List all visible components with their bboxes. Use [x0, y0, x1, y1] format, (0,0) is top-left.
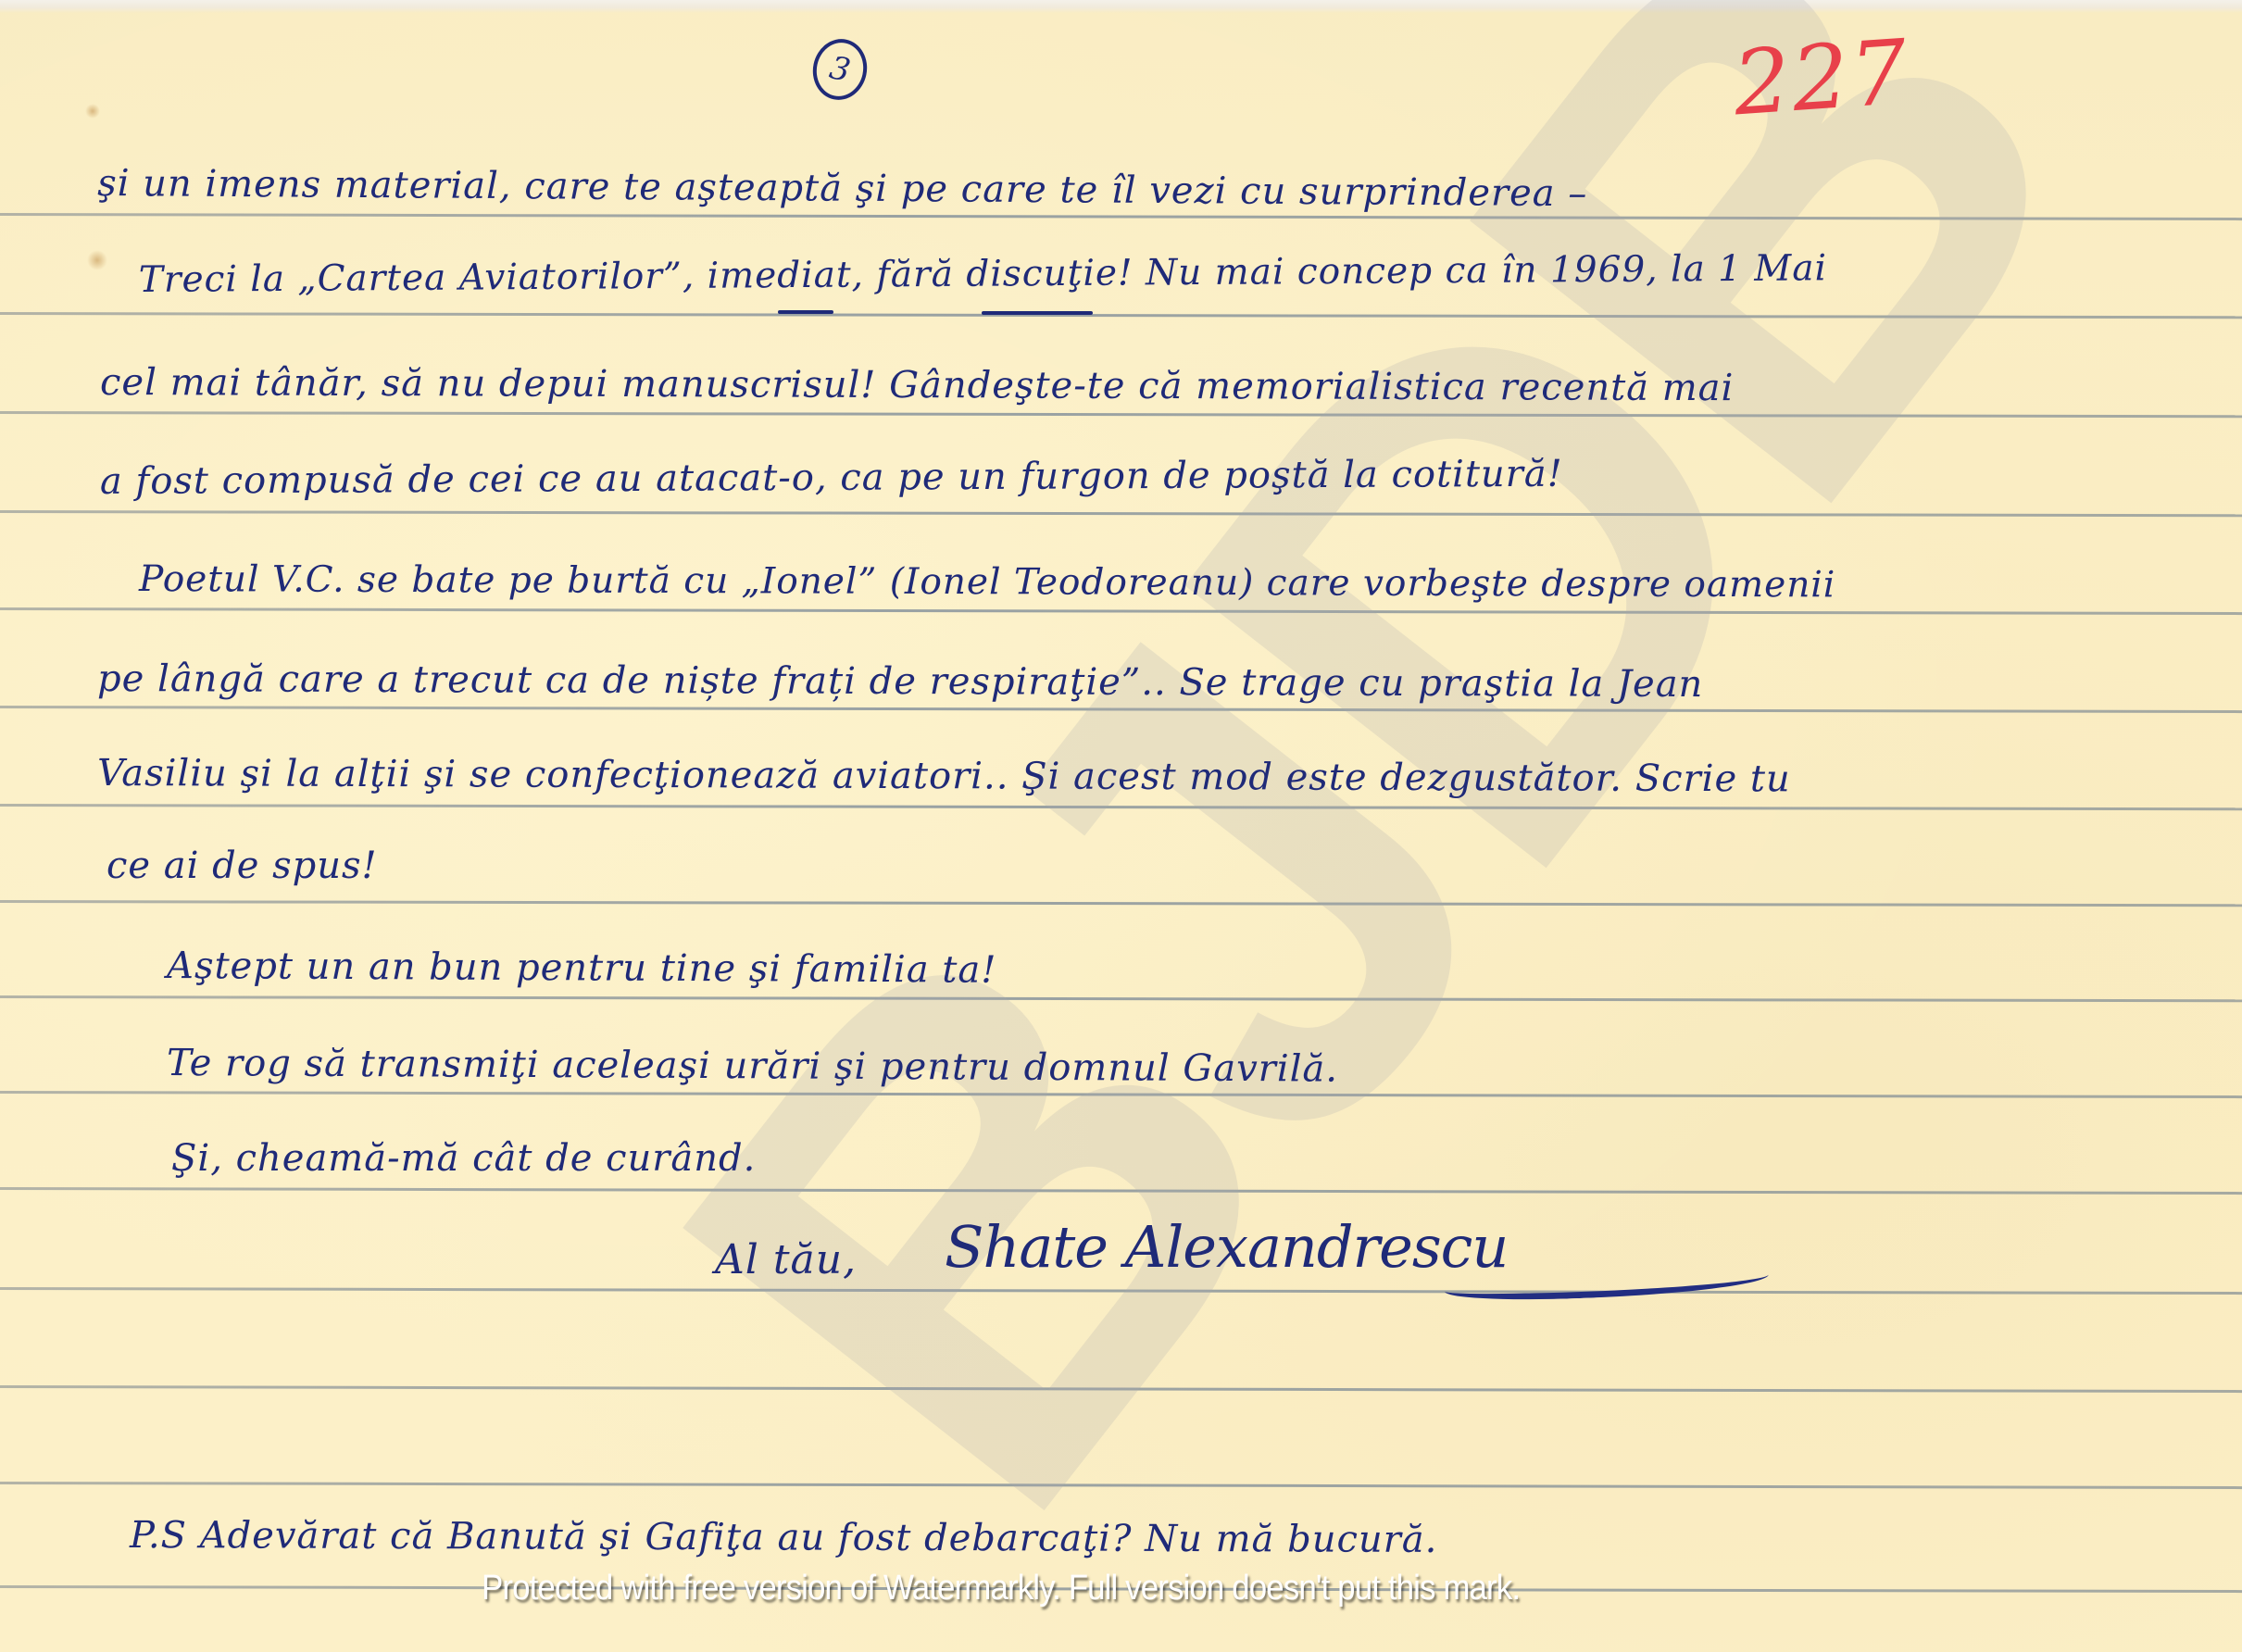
folio-number: 227	[1730, 20, 1912, 136]
underline-emphasis	[982, 311, 1093, 315]
ruled-line	[0, 213, 2242, 220]
ruled-line	[0, 1482, 2242, 1489]
ruled-line	[0, 706, 2242, 713]
ruled-line	[0, 312, 2242, 319]
ruled-line	[0, 1385, 2242, 1393]
paper-stain	[85, 104, 100, 119]
background-watermark: BJDB	[532, 0, 2210, 1640]
closing: Al tău,	[715, 1236, 857, 1283]
letter-line-4: a fost compusă de cei ce au atacat-o, ca…	[100, 453, 1563, 503]
letter-line-3: cel mai tânăr, să nu depui manuscrisul! …	[100, 361, 1734, 409]
letter-line-6: pe lângă care a trecut ca de niște frați…	[97, 657, 1703, 706]
paper-stain	[87, 250, 107, 270]
footer-watermark: Protected with free version of Watermark…	[482, 1569, 1674, 1608]
letter-line-11: Şi, cheamă-mă cât de curând.	[171, 1137, 756, 1180]
ruled-line	[0, 411, 2242, 418]
paper-top-edge	[0, 0, 2242, 13]
letter-line-9: Aştept un an bun pentru tine şi familia …	[167, 945, 996, 992]
signature: Shate Alexandrescu	[945, 1213, 1508, 1281]
ruled-line	[0, 804, 2242, 810]
letter-line-2: Treci la „Cartea Aviatorilor”, imediat, …	[139, 247, 1827, 301]
letter-line-1: şi un imens material, care te aşteaptă ş…	[97, 162, 1588, 215]
ruled-line	[0, 607, 2242, 615]
ruled-line	[0, 1187, 2242, 1195]
ruled-line	[0, 1091, 2242, 1098]
letter-line-8: ce ai de spus!	[106, 845, 378, 887]
ruled-line	[0, 900, 2242, 907]
postscript: P.S Adevărat că Banută şi Gafiţa au fost…	[130, 1514, 1437, 1561]
circled-page-number: 3	[808, 34, 872, 106]
letter-line-10: Te rog să transmiţi aceleaşi urări şi pe…	[167, 1042, 1338, 1091]
ruled-line	[0, 1287, 2242, 1295]
letter-line-7: Vasiliu şi la alţii şi se confecţionează…	[97, 752, 1791, 800]
letter-line-5: Poetul V.C. se bate pe burtă cu „Ionel” …	[139, 558, 1835, 606]
ruled-line	[0, 995, 2242, 1002]
underline-emphasis	[778, 310, 833, 314]
ruled-line	[0, 510, 2242, 517]
letter-page: BJDB 3 227 şi un imens material, care te…	[0, 0, 2242, 1652]
